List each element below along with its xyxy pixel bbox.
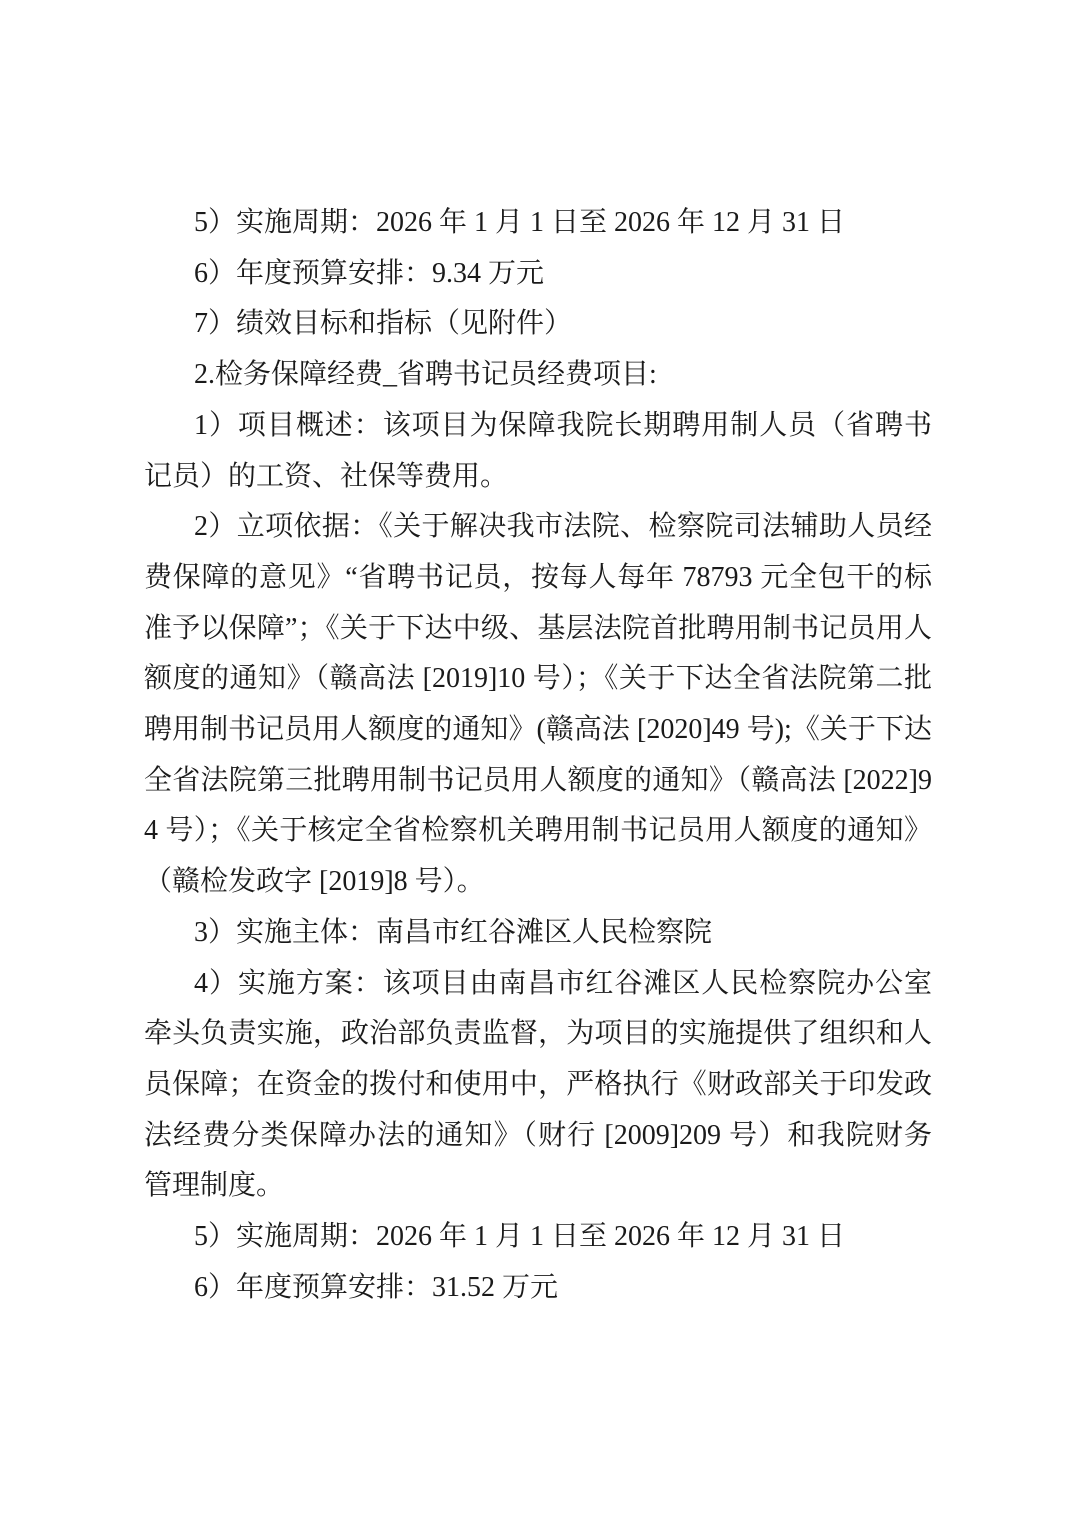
para-impl-plan: 4）实施方案：该项目由南昌市红谷滩区人民检察院办公室牵头负责实施，政治部负责监督… (144, 959, 932, 1213)
para-project-overview: 1）项目概述：该项目为保障我院长期聘用制人员（省聘书记员）的工资、社保等费用。 (144, 401, 932, 502)
para-impl-subject: 3）实施主体：南昌市红谷滩区人民检察院 (144, 908, 932, 959)
para-impl-period-2: 5）实施周期：2026 年 1 月 1 日至 2026 年 12 月 31 日 (144, 1212, 932, 1263)
para-annual-budget-1: 6）年度预算安排：9.34 万元 (144, 249, 932, 300)
document-body: 5）实施周期：2026 年 1 月 1 日至 2026 年 12 月 31 日 … (144, 198, 932, 1313)
para-project-2-heading: 2.检务保障经费_省聘书记员经费项目: (144, 350, 932, 401)
para-performance-targets: 7）绩效目标和指标（见附件） (144, 299, 932, 350)
document-page: 5）实施周期：2026 年 1 月 1 日至 2026 年 12 月 31 日 … (0, 0, 1074, 1520)
para-impl-period-1: 5）实施周期：2026 年 1 月 1 日至 2026 年 12 月 31 日 (144, 198, 932, 249)
para-annual-budget-2: 6）年度预算安排：31.52 万元 (144, 1263, 932, 1314)
para-project-basis: 2）立项依据：《关于解决我市法院、检察院司法辅助人员经费保障的意见》“省聘书记员… (144, 502, 932, 908)
